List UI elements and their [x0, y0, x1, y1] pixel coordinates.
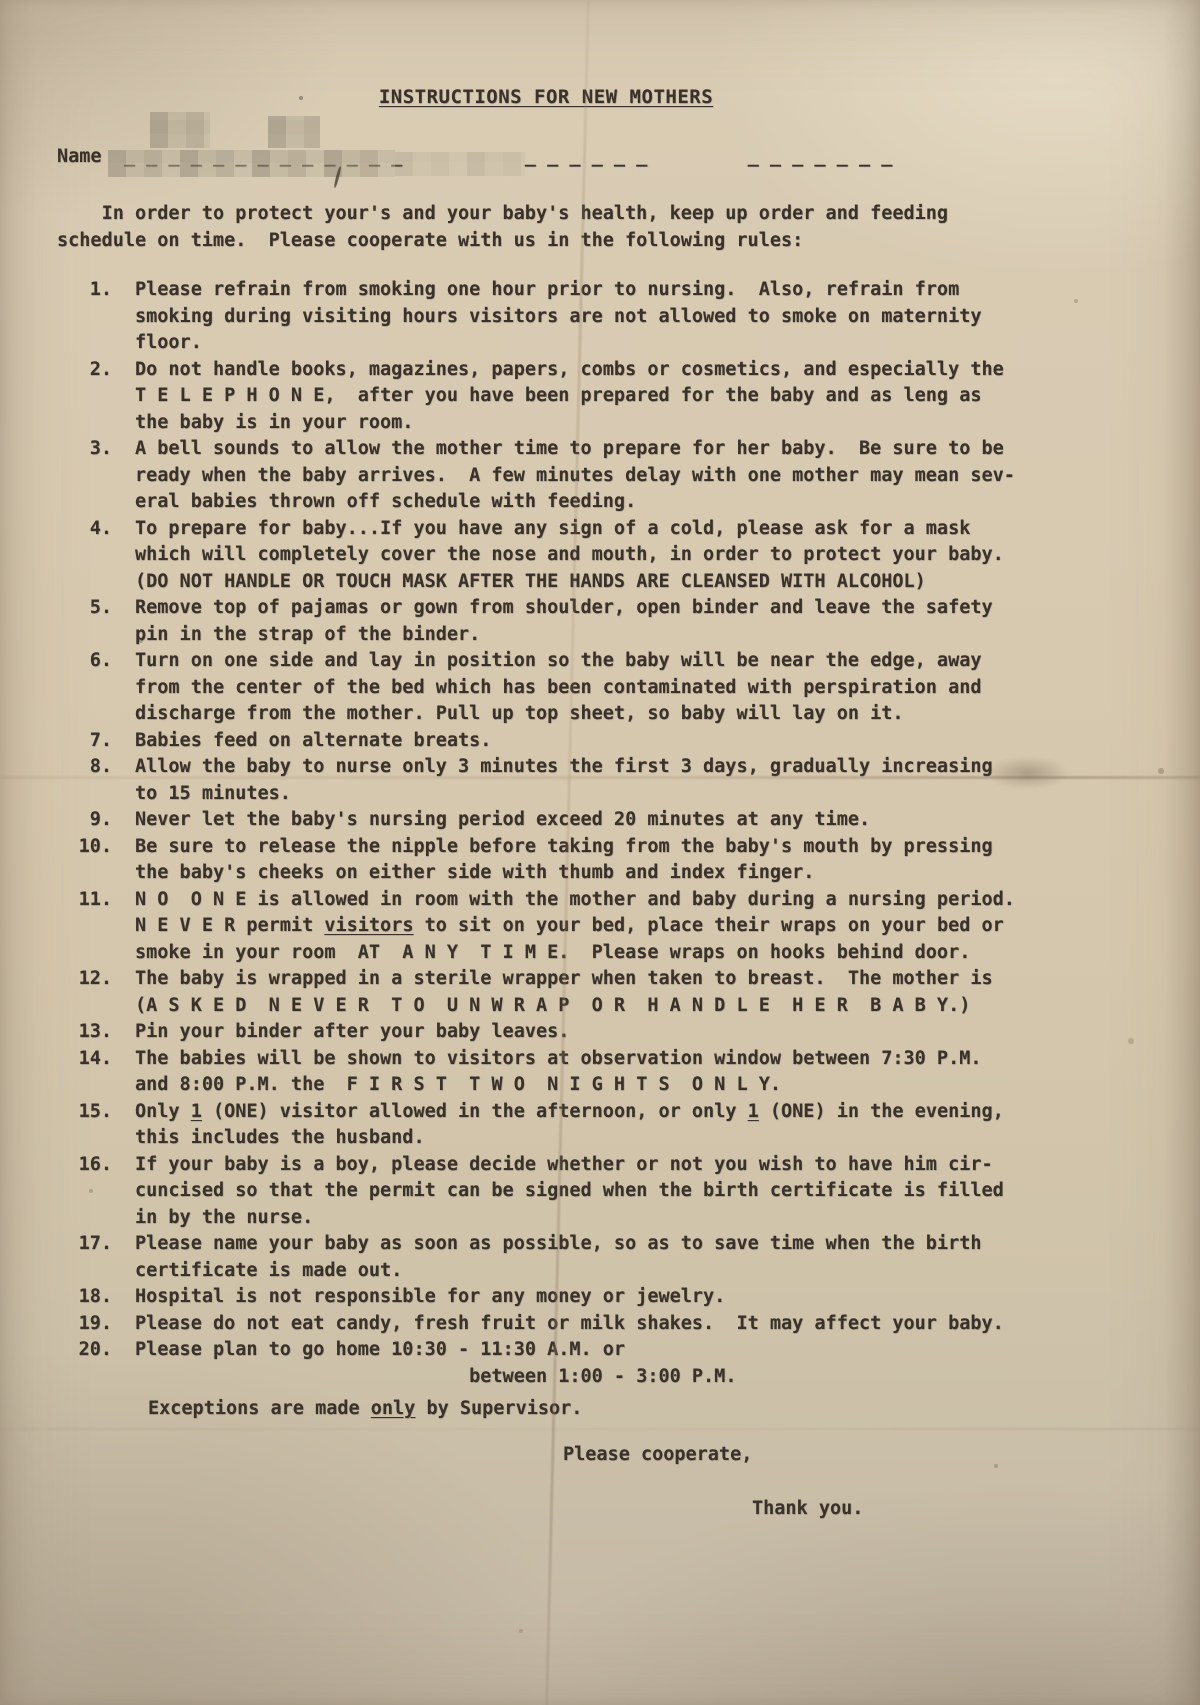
- rule-item: 17.Please name your baby as soon as poss…: [76, 1231, 1086, 1284]
- fold-line-horizontal: [0, 1428, 1200, 1430]
- rule-number: 15.: [76, 1099, 112, 1126]
- underlined-text: visitors: [324, 915, 413, 936]
- rule-item: 6.Turn on one side and lay in position s…: [76, 648, 1086, 728]
- rule-text: Remove top of pajamas or gown from shoul…: [135, 595, 1055, 648]
- rule-text: Be sure to release the nipple before tak…: [135, 834, 1055, 887]
- intro-paragraph: In order to protect your's and your baby…: [57, 200, 1077, 254]
- rule-item: 9.Never let the baby's nursing period ex…: [76, 807, 1086, 834]
- page-title: INSTRUCTIONS FOR NEW MOTHERS: [0, 86, 1092, 108]
- rule-item: 8.Allow the baby to nurse only 3 minutes…: [76, 754, 1086, 807]
- rule-text: The babies will be shown to visitors at …: [135, 1046, 1055, 1099]
- document-page: INSTRUCTIONS FOR NEW MOTHERS Name _ _ _ …: [0, 0, 1200, 1705]
- rule-item: 3.A bell sounds to allow the mother time…: [76, 436, 1086, 516]
- closing-line: Please cooperate,: [563, 1444, 752, 1465]
- rule-item: 16.If your baby is a boy, please decide …: [76, 1152, 1086, 1232]
- rule-number: 9.: [76, 807, 112, 834]
- rule-number: 14.: [76, 1046, 112, 1073]
- rule-item: 5.Remove top of pajamas or gown from sho…: [76, 595, 1086, 648]
- text-segment: Babies feed on alternate breats.: [135, 730, 491, 751]
- text-segment: Turn on one side and lay in position so …: [135, 650, 981, 724]
- text-segment: Please do not eat candy, fresh fruit or …: [135, 1313, 1004, 1334]
- rule-item: 4.To prepare for baby...If you have any …: [76, 516, 1086, 596]
- text-segment: To prepare for baby...If you have any si…: [135, 518, 1004, 592]
- rule-number: 11.: [76, 887, 112, 914]
- rule-item: 7.Babies feed on alternate breats.: [76, 728, 1086, 755]
- exceptions-line: Exceptions are made only by Supervisor.: [76, 1396, 1086, 1423]
- rule-number: 17.: [76, 1231, 112, 1258]
- rule-item: 10.Be sure to release the nipple before …: [76, 834, 1086, 887]
- rule-number: 13.: [76, 1019, 112, 1046]
- underlined-text: 1: [191, 1101, 202, 1122]
- rule-number: 18.: [76, 1284, 112, 1311]
- rule-text: A bell sounds to allow the mother time t…: [135, 436, 1055, 516]
- text-segment: Allow the baby to nurse only 3 minutes t…: [135, 756, 993, 804]
- crease-patch: [985, 756, 1070, 790]
- rule-item: 13.Pin your binder after your baby leave…: [76, 1019, 1086, 1046]
- text-segment: Do not handle books, magazines, papers, …: [135, 359, 1004, 433]
- text-segment: The babies will be shown to visitors at …: [135, 1048, 981, 1096]
- rule-text: Please refrain from smoking one hour pri…: [135, 277, 1055, 357]
- name-label: Name: [57, 146, 102, 167]
- rule-number: 16.: [76, 1152, 112, 1179]
- rule-number: 12.: [76, 966, 112, 993]
- rules-list: 1.Please refrain from smoking one hour p…: [76, 277, 1086, 1423]
- redaction-mosaic: [395, 152, 525, 176]
- rule-text: Do not handle books, magazines, papers, …: [135, 357, 1055, 437]
- text-segment: Be sure to release the nipple before tak…: [135, 836, 993, 884]
- rule-item: 20.Please plan to go home 10:30 - 11:30 …: [76, 1337, 1086, 1390]
- text-segment: Never let the baby's nursing period exce…: [135, 809, 870, 830]
- rule-item: 14.The babies will be shown to visitors …: [76, 1046, 1086, 1099]
- rule-item: 18.Hospital is not responsible for any m…: [76, 1284, 1086, 1311]
- text-segment: Only: [135, 1101, 191, 1122]
- rule-text: Turn on one side and lay in position so …: [135, 648, 1055, 728]
- rule-number: 7.: [76, 728, 112, 755]
- rule-number: 2.: [76, 357, 112, 384]
- rule-text: Please name your baby as soon as possibl…: [135, 1231, 1055, 1284]
- rule-item: 2.Do not handle books, magazines, papers…: [76, 357, 1086, 437]
- rule-text: Allow the baby to nurse only 3 minutes t…: [135, 754, 1055, 807]
- rule-text: Pin your binder after your baby leaves.: [135, 1019, 1055, 1046]
- rule-number: 4.: [76, 516, 112, 543]
- text-segment: If your baby is a boy, please decide whe…: [135, 1154, 1004, 1228]
- rule-number: 6.: [76, 648, 112, 675]
- rule-text: Please plan to go home 10:30 - 11:30 A.M…: [135, 1337, 1055, 1390]
- rule-number: 19.: [76, 1311, 112, 1338]
- rule-text: If your baby is a boy, please decide whe…: [135, 1152, 1055, 1232]
- rule-text: Only 1 (ONE) visitor allowed in the afte…: [135, 1099, 1055, 1152]
- rule-text: Babies feed on alternate breats.: [135, 728, 1055, 755]
- text-segment: Hospital is not responsible for any mone…: [135, 1286, 725, 1307]
- underlined-text: only: [371, 1398, 416, 1419]
- text-segment: (ONE) visitor allowed in the afternoon, …: [202, 1101, 748, 1122]
- text-segment: Please plan to go home 10:30 - 11:30 A.M…: [135, 1339, 736, 1387]
- redaction-mosaic: [268, 116, 320, 148]
- rule-text: To prepare for baby...If you have any si…: [135, 516, 1055, 596]
- rule-item: 19.Please do not eat candy, fresh fruit …: [76, 1311, 1086, 1338]
- rule-text: Please do not eat candy, fresh fruit or …: [135, 1311, 1055, 1338]
- redaction-mosaic: [108, 150, 395, 177]
- rule-item: 11.N O O N E is allowed in room with the…: [76, 887, 1086, 967]
- text-segment: by Supervisor.: [415, 1398, 582, 1419]
- text-segment: Please refrain from smoking one hour pri…: [135, 279, 981, 353]
- rule-number: 10.: [76, 834, 112, 861]
- rule-text: Never let the baby's nursing period exce…: [135, 807, 1055, 834]
- redaction-mosaic: [150, 112, 210, 148]
- text-segment: Pin your binder after your baby leaves.: [135, 1021, 569, 1042]
- paper-specks: [0, 0, 2, 2]
- rule-item: 15.Only 1 (ONE) visitor allowed in the a…: [76, 1099, 1086, 1152]
- rule-number: 20.: [76, 1337, 112, 1364]
- rule-text: N O O N E is allowed in room with the mo…: [135, 887, 1055, 967]
- rule-item: 12.The baby is wrapped in a sterile wrap…: [76, 966, 1086, 1019]
- rule-text: The baby is wrapped in a sterile wrapper…: [135, 966, 1055, 1019]
- underlined-text: 1: [748, 1101, 759, 1122]
- rule-text: Hospital is not responsible for any mone…: [135, 1284, 1055, 1311]
- rule-number: 3.: [76, 436, 112, 463]
- rule-number: 1.: [76, 277, 112, 304]
- text-segment: Exceptions are made: [148, 1398, 371, 1419]
- rule-number: 5.: [76, 595, 112, 622]
- thank-you-line: Thank you.: [752, 1498, 863, 1519]
- text-segment: Remove top of pajamas or gown from shoul…: [135, 597, 993, 645]
